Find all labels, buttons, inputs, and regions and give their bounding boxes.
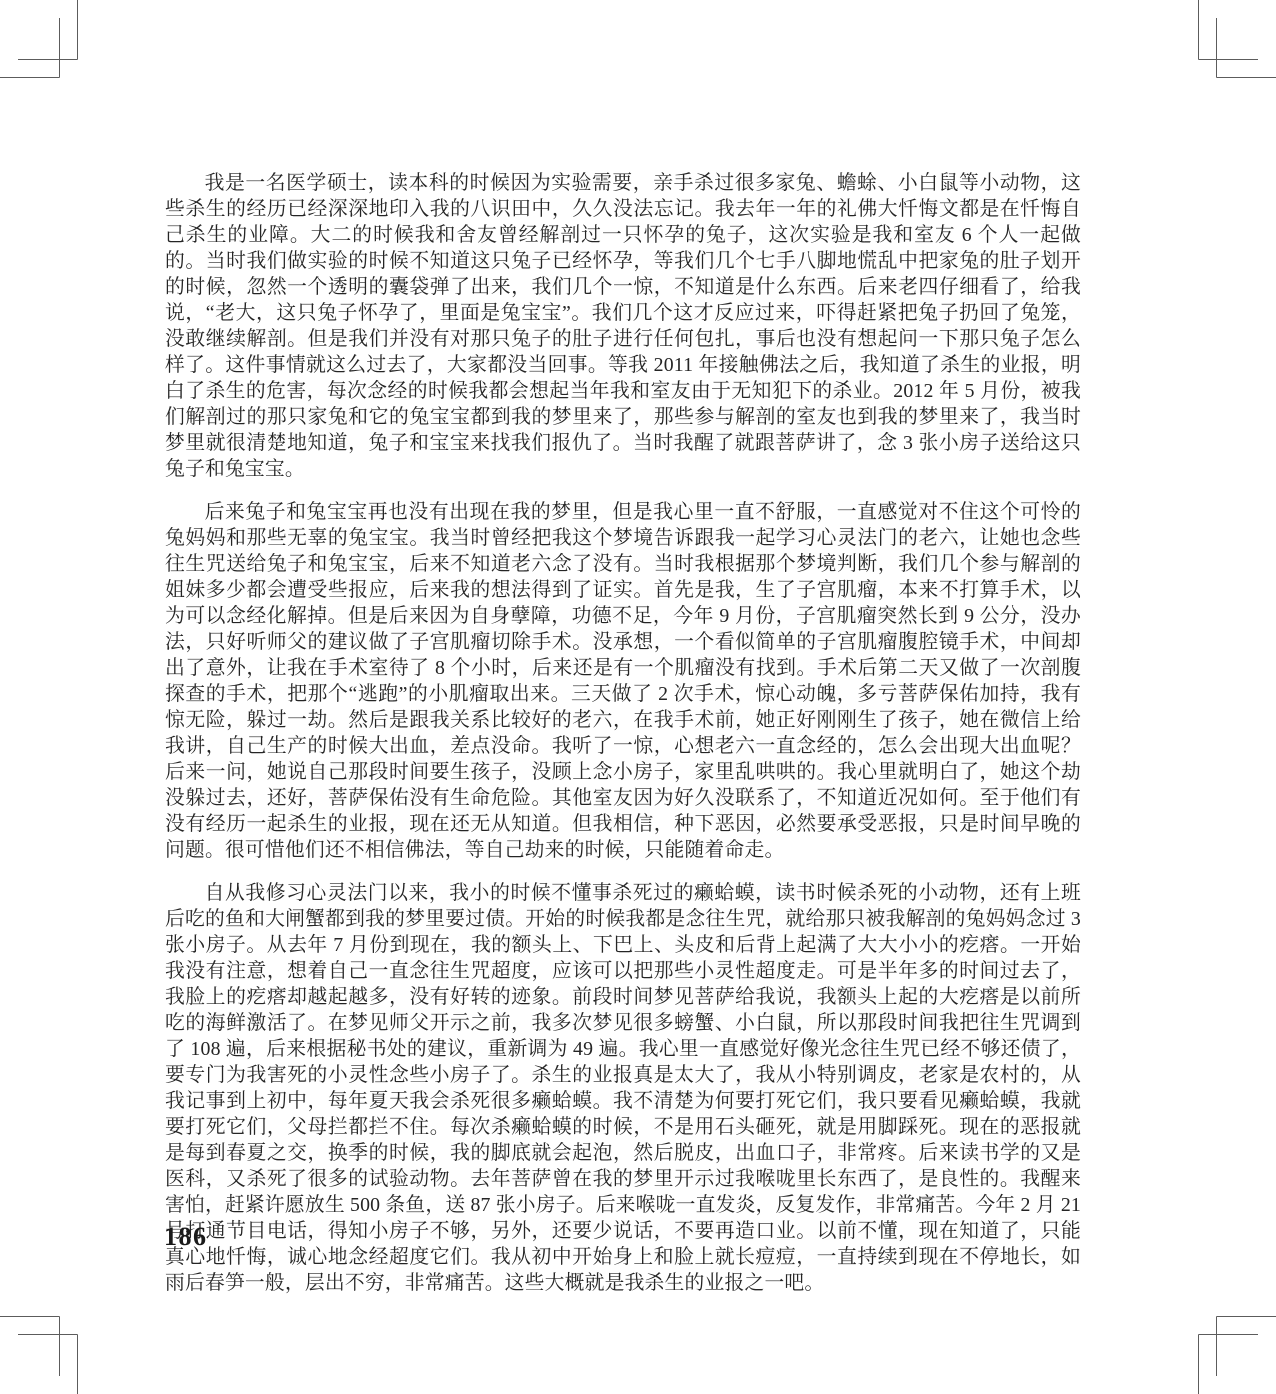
paragraph-3: 自从我修习心灵法门以来，我小的时候不懂事杀死过的癞蛤蟆，读书时候杀死的小动物，还…	[165, 880, 1081, 1296]
crop-mark-bottom-right	[1199, 1317, 1276, 1394]
scanned-book-page: 我是一名医学硕士，读本科的时候因为实验需要，亲手杀过很多家兔、蟾蜍、小白鼠等小动…	[0, 0, 1276, 1394]
crop-mark-top-right	[1199, 0, 1276, 78]
paragraph-2: 后来兔子和兔宝宝再也没有出现在我的梦里，但是我心里一直不舒服，一直感觉对不住这个…	[165, 499, 1081, 863]
paragraph-1: 我是一名医学硕士，读本科的时候因为实验需要，亲手杀过很多家兔、蟾蜍、小白鼠等小动…	[165, 170, 1081, 482]
page-number: 186	[164, 1222, 208, 1252]
crop-mark-bottom-left	[0, 1317, 78, 1394]
body-text: 我是一名医学硕士，读本科的时候因为实验需要，亲手杀过很多家兔、蟾蜍、小白鼠等小动…	[165, 170, 1081, 1296]
crop-mark-top-left	[0, 0, 78, 78]
